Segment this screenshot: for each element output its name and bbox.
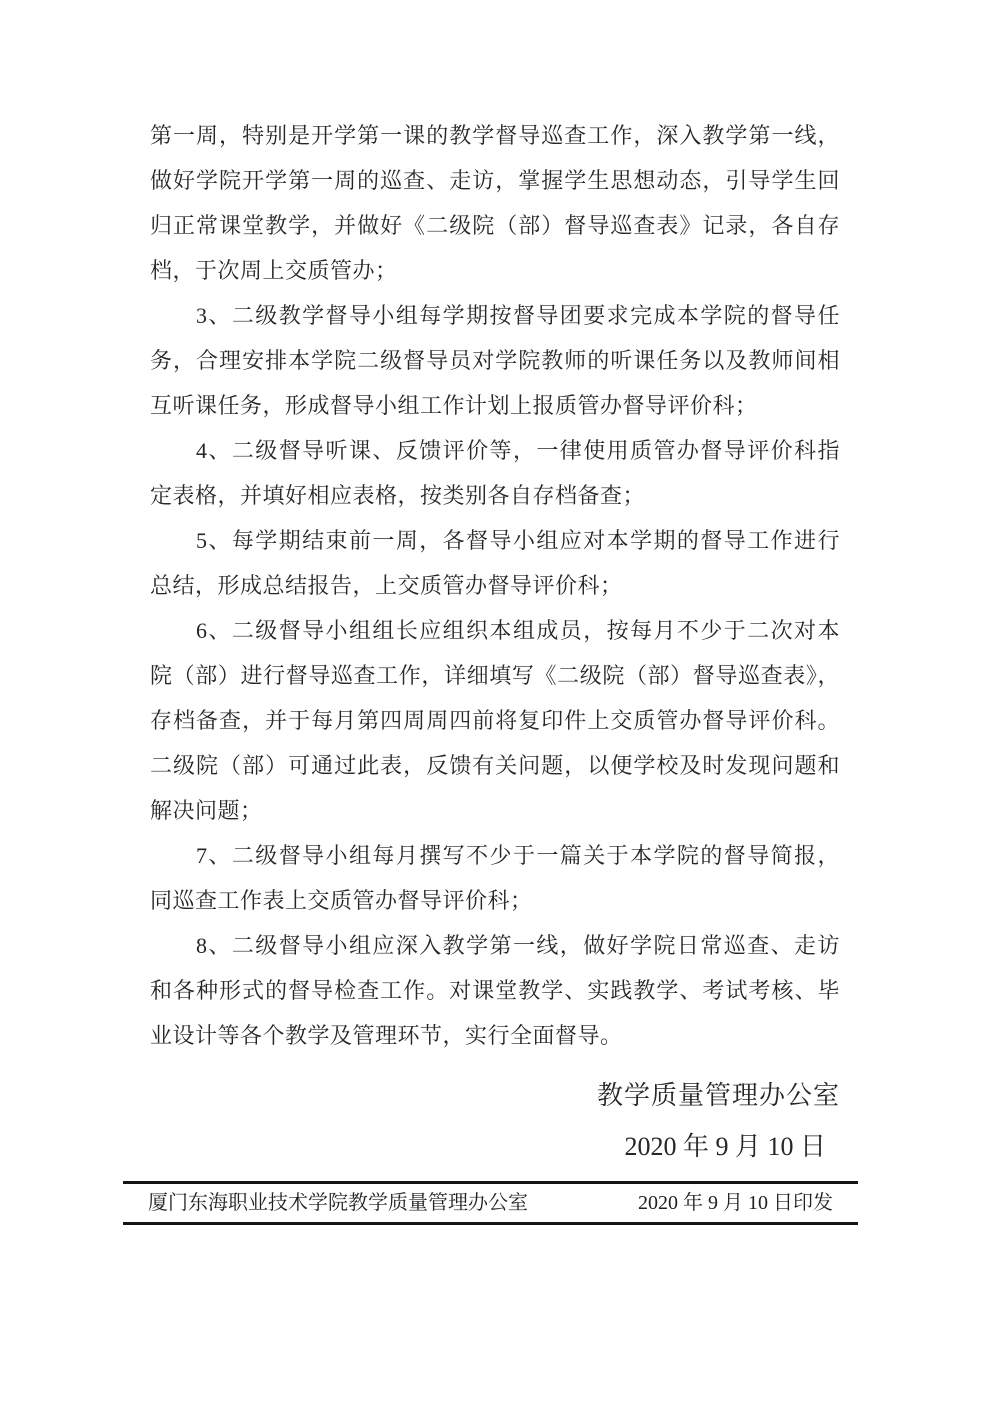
body-line: 业设计等各个教学及管理环节，实行全面督导。 (150, 1013, 840, 1058)
body-line: 和各种形式的督导检查工作。对课堂教学、实践教学、考试考核、毕 (150, 968, 840, 1013)
footer-row: 厦门东海职业技术学院教学质量管理办公室 2020 年 9 月 10 日印发 (123, 1184, 858, 1222)
body-line: 总结，形成总结报告，上交质管办督导评价科； (150, 563, 840, 608)
body-line: 第一周，特别是开学第一课的教学督导巡查工作，深入教学第一线， (150, 113, 840, 158)
body-line: 4、二级督导听课、反馈评价等，一律使用质管办督导评价科指 (150, 428, 840, 473)
body-line: 8、二级督导小组应深入教学第一线，做好学院日常巡查、走访 (150, 923, 840, 968)
body-line: 档，于次周上交质管办； (150, 248, 840, 293)
body-line: 存档备查，并于每月第四周周四前将复印件上交质管办督导评价科。 (150, 698, 840, 743)
body-line: 定表格，并填好相应表格，按类别各自存档备查； (150, 473, 840, 518)
footer-print-date: 2020 年 9 月 10 日印发 (638, 1184, 833, 1222)
body-line: 互听课任务，形成督导小组工作计划上报质管办督导评价科； (150, 383, 840, 428)
body-line: 同巡查工作表上交质管办督导评价科； (150, 878, 840, 923)
body-text: 第一周，特别是开学第一课的教学督导巡查工作，深入教学第一线， 做好学院开学第一周… (150, 113, 840, 1058)
document-page: 第一周，特别是开学第一课的教学督导巡查工作，深入教学第一线， 做好学院开学第一周… (0, 0, 992, 1403)
footer-issuer: 厦门东海职业技术学院教学质量管理办公室 (148, 1184, 528, 1222)
body-line: 务，合理安排本学院二级督导员对学院教师的听课任务以及教师间相 (150, 338, 840, 383)
body-line: 归正常课堂教学，并做好《二级院（部）督导巡查表》记录，各自存 (150, 203, 840, 248)
body-line: 解决问题； (150, 788, 840, 833)
signature-date: 2020 年 9 月 10 日 (150, 1121, 840, 1172)
body-line: 3、二级教学督导小组每学期按督导团要求完成本学院的督导任 (150, 293, 840, 338)
body-line: 7、二级督导小组每月撰写不少于一篇关于本学院的督导简报， (150, 833, 840, 878)
signature-org: 教学质量管理办公室 (150, 1070, 840, 1121)
body-line: 5、每学期结束前一周，各督导小组应对本学期的督导工作进行 (150, 518, 840, 563)
signature-block: 教学质量管理办公室 2020 年 9 月 10 日 (150, 1070, 840, 1172)
body-line: 院（部）进行督导巡查工作，详细填写《二级院（部）督导巡查表》， (150, 653, 840, 698)
body-line: 6、二级督导小组组长应组织本组成员，按每月不少于二次对本 (150, 608, 840, 653)
footer-colophon: 厦门东海职业技术学院教学质量管理办公室 2020 年 9 月 10 日印发 (123, 1181, 858, 1225)
body-line: 做好学院开学第一周的巡查、走访，掌握学生思想动态，引导学生回 (150, 158, 840, 203)
body-line: 二级院（部）可通过此表，反馈有关问题，以便学校及时发现问题和 (150, 743, 840, 788)
